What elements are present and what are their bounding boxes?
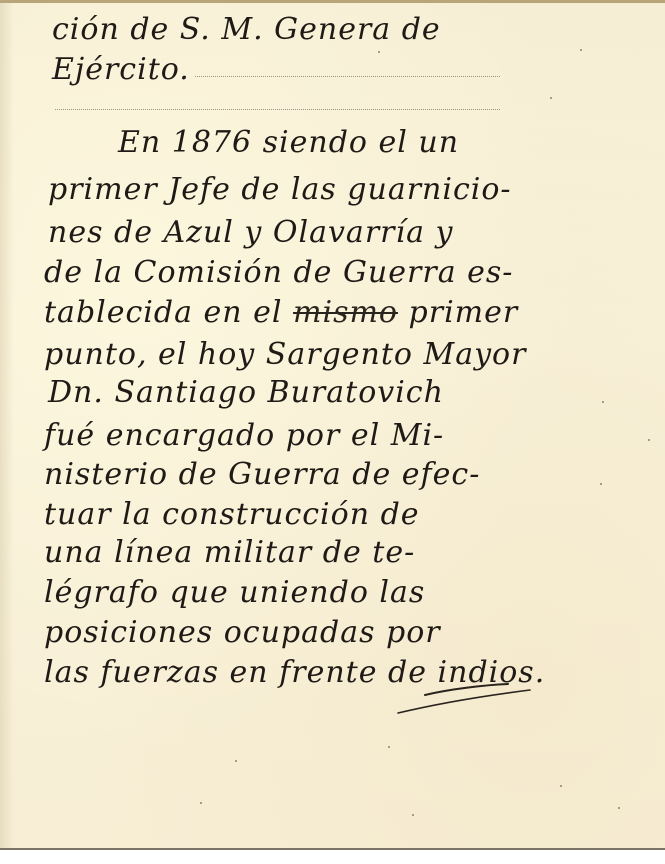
paper-speck [648, 439, 650, 441]
dotted-rule-1 [195, 76, 500, 77]
text-line-13: una línea militar de te- [44, 538, 415, 568]
text-line-15: posiciones ocupadas por [44, 618, 441, 648]
text-line-6: de la Comisión de Guerra es- [44, 258, 513, 288]
paper-speck [235, 760, 237, 762]
text-line-7-before: tablecida en el [44, 295, 282, 330]
paper-speck [412, 814, 414, 816]
text-line-12: tuar la construcción de [44, 500, 420, 530]
text-line-14: légrafo que uniendo las [44, 578, 425, 608]
text-line-2: Ejército. [52, 55, 190, 85]
paper-speck [200, 802, 202, 804]
dotted-rule-2 [55, 109, 500, 110]
paper-speck [388, 746, 390, 748]
text-line-7: tablecida en el mismo primer [44, 298, 518, 328]
text-line-5: nes de Azul y Olavarría y [48, 218, 453, 248]
struck-word: mismo [293, 295, 398, 330]
paper-speck [560, 785, 562, 787]
text-line-9: Dn. Santiago Buratovich [48, 378, 444, 408]
paper-speck [618, 807, 620, 809]
end-flourish-icon [390, 675, 540, 720]
text-line-8: punto, el hoy Sargento Mayor [44, 340, 526, 370]
paper-speck [550, 97, 552, 99]
text-line-10: fué encargado por el Mi- [44, 421, 444, 451]
text-line-4: primer Jefe de las guarnicio- [48, 175, 512, 205]
paper-speck [602, 401, 604, 403]
text-line-11: nisterio de Guerra de efec- [44, 460, 480, 490]
text-line-3: En 1876 siendo el un [118, 128, 459, 158]
text-line-1: ción de S. M. Genera de [52, 15, 441, 45]
manuscript-page: ción de S. M. Genera de Ejército. En 187… [0, 0, 665, 850]
paper-speck [600, 483, 602, 485]
paper-speck [378, 51, 380, 53]
scanned-document: ción de S. M. Genera de Ejército. En 187… [0, 0, 665, 864]
text-line-7-after: primer [409, 295, 519, 330]
paper-speck [580, 49, 582, 51]
